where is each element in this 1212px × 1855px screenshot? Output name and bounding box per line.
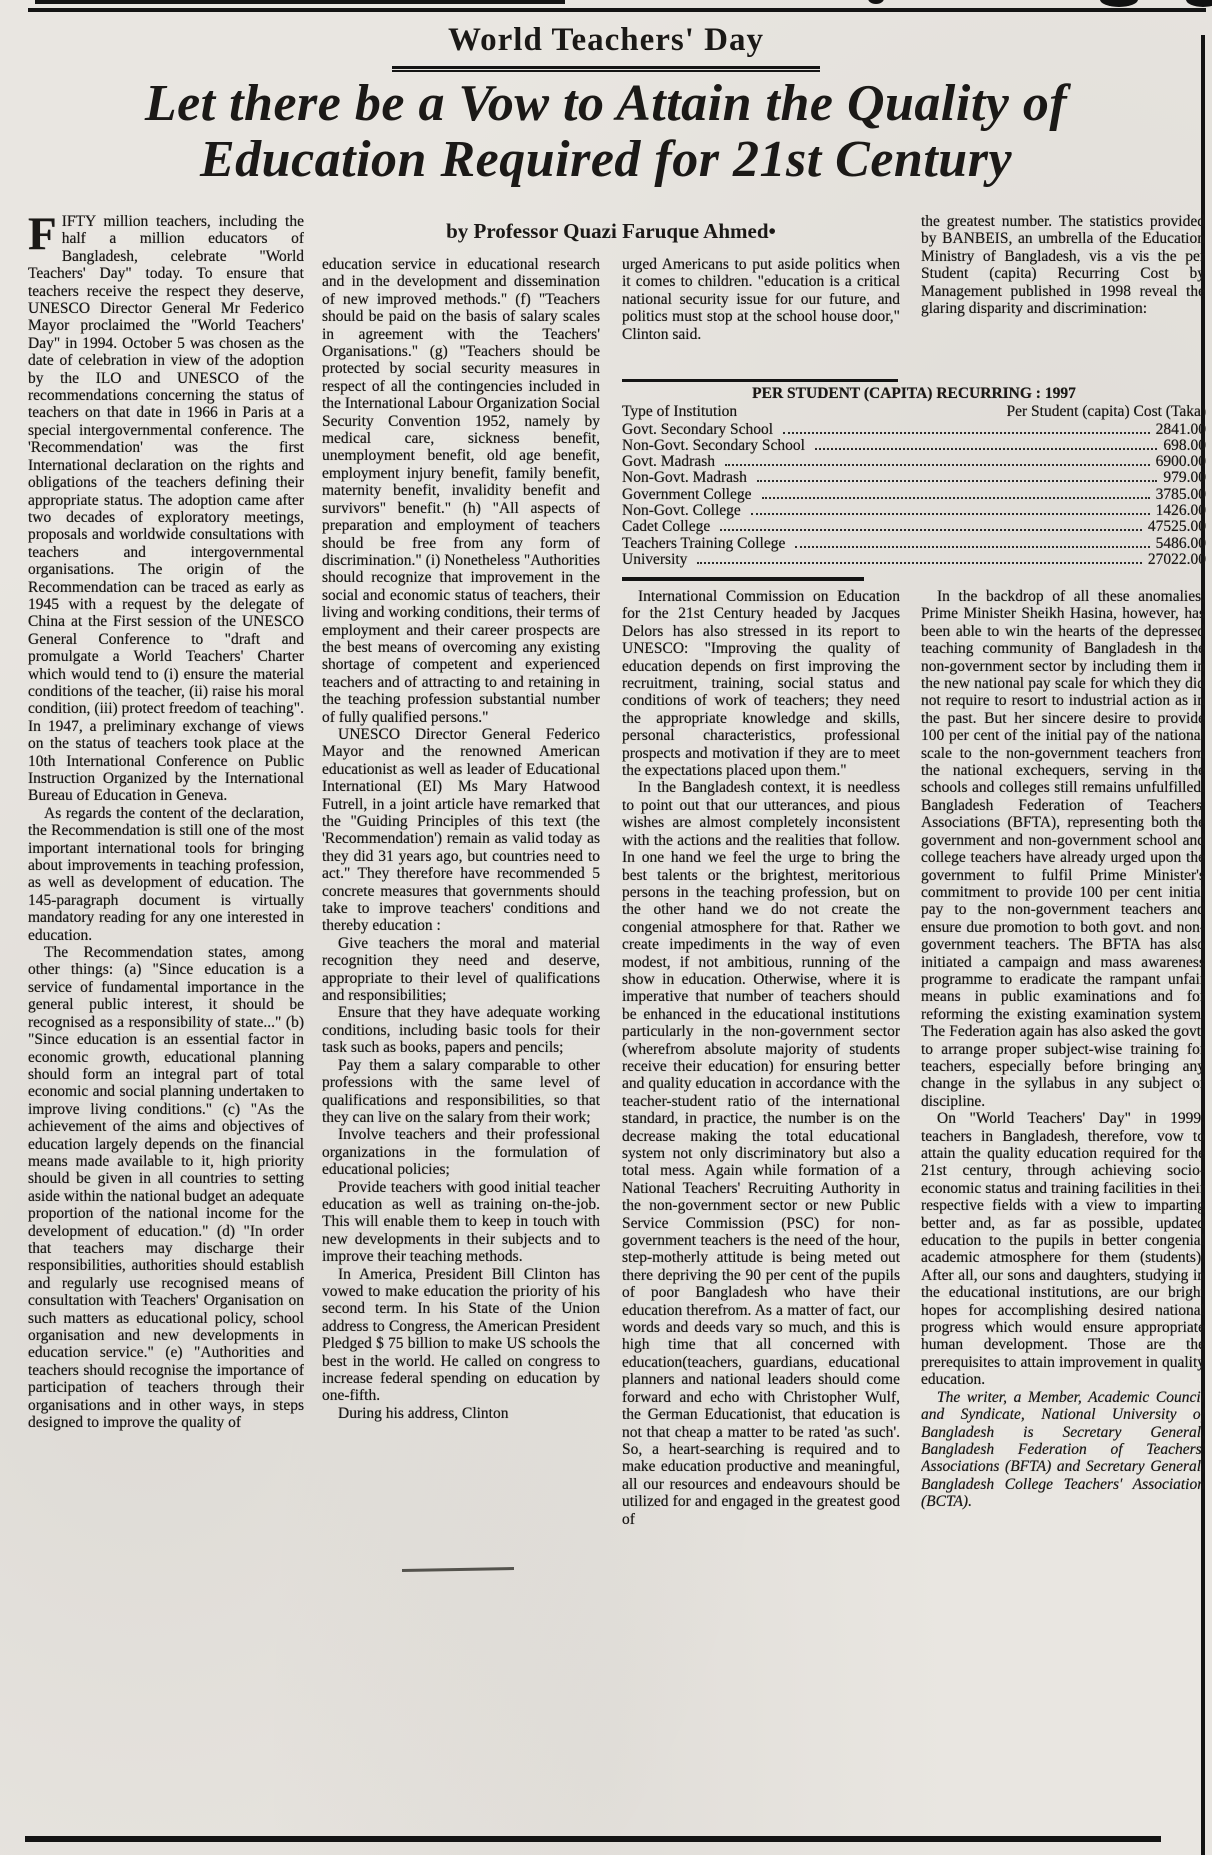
column-3-top: urged Americans to put aside politics wh… [622,256,900,380]
cost-value: 5486.00 [1156,536,1206,552]
table-header-right: Per Student (capita) Cost (Taka) [1007,404,1207,420]
paragraph: On "World Teachers' Day" in 1999, teache… [921,1110,1205,1389]
table-row: Non-Govt. College1426.00 [622,503,1206,519]
column-3-bottom: International Commission on Education fo… [622,588,900,1834]
dot-leader [757,480,1158,482]
paragraph: education service in educational researc… [322,256,600,726]
newspaper-page: { "colors": { "paper": "#e9e6e1", "ink":… [0,0,1212,1855]
table-row: Cadet College47525.00 [622,519,1206,535]
table-row: Non-Govt. Madrash979.00 [622,470,1206,486]
paragraph: During his address, Clinton [322,1405,600,1422]
per-student-cost-table: PER STUDENT (CAPITA) RECURRING : 1997 Ty… [622,386,1206,568]
column-4-bottom: In the backdrop of all these anomalies, … [921,588,1205,1834]
column-1: FIFTY million teachers, including the ha… [28,213,304,1833]
paragraph: In the backdrop of all these anomalies, … [921,588,1205,1110]
dot-leader [725,464,1150,466]
paragraph: Ensure that they have adequate working c… [322,1004,600,1056]
institution: Non-Govt. College [622,503,741,519]
dot-leader [751,513,1150,515]
table-title: PER STUDENT (CAPITA) RECURRING : 1997 [622,386,1206,402]
table-header-row: Type of Institution Per Student (capita)… [622,404,1206,420]
paragraph: As regards the content of the declaratio… [28,805,304,944]
torn-print-blob [1186,0,1212,7]
paragraph: In the Bangladesh context, it is needles… [622,779,900,1527]
paragraph: Pay them a salary comparable to other pr… [322,1057,600,1127]
table-row: University27022.00 [622,552,1206,568]
paragraph: Give teachers the moral and material rec… [322,935,600,1005]
cost-value: 2841.00 [1156,422,1206,438]
table-row: Govt. Secondary School2841.00 [622,422,1206,438]
top-rule-left [35,0,565,4]
column-4-top: the greatest number. The statistics prov… [921,213,1205,381]
paragraph: UNESCO Director General Federico Mayor a… [322,726,600,935]
bottom-rule [25,1836,1161,1842]
dot-leader [795,546,1149,548]
table-row: Teachers Training College5486.00 [622,536,1206,552]
institution: Teachers Training College [622,536,785,552]
cost-value: 698.00 [1163,438,1206,454]
cost-value: 3785.00 [1156,487,1206,503]
paragraph: International Commission on Education fo… [622,588,900,779]
cost-value: 27022.00 [1148,552,1206,568]
table-row: Non-Govt. Secondary School698.00 [622,438,1206,454]
institution: Govt. Madrash [622,454,715,470]
table-row: Govt. Madrash6900.00 [622,454,1206,470]
institution: Government College [622,487,752,503]
cost-value: 47525.00 [1148,519,1206,535]
kicker-title: World Teachers' Day [0,22,1212,59]
cost-value: 979.00 [1163,470,1206,486]
paragraph: The Recommendation states, among other t… [28,944,304,1431]
table-top-rule [622,379,898,382]
headline-line2: Education Required for 21st Century [0,132,1212,188]
kicker-underline [392,66,820,72]
institution: Cadet College [622,519,710,535]
paragraph: Involve teachers and their professional … [322,1126,600,1178]
cost-value: 1426.00 [1156,503,1206,519]
paragraph: Provide teachers with good initial teach… [322,1179,600,1266]
dot-leader [783,432,1150,434]
institution: Non-Govt. Secondary School [622,438,805,454]
table-header-left: Type of Institution [622,404,737,420]
writer-bio: The writer, a Member, Academic Council a… [921,1389,1205,1511]
torn-print-blob [1100,0,1138,7]
column-2: education service in educational researc… [322,256,600,1834]
dot-leader [697,562,1141,564]
paragraph: the greatest number. The statistics prov… [921,213,1205,317]
drop-cap: F [28,213,62,253]
dot-leader [762,497,1150,499]
cost-value: 6900.00 [1156,454,1206,470]
byline: by Professor Quazi Faruque Ahmed• [322,219,900,244]
top-rule-main [28,8,1206,12]
headline-line1: Let there be a Vow to Attain the Quality… [0,76,1212,132]
paragraph: FIFTY million teachers, including the ha… [28,213,304,805]
paragraph: In America, President Bill Clinton has v… [322,1266,600,1405]
dot-leader [720,529,1142,531]
table-row: Government College3785.00 [622,487,1206,503]
institution: University [622,552,687,568]
dot-leader [815,448,1157,450]
institution: Govt. Secondary School [622,422,773,438]
paragraph-text: IFTY million teachers, including the hal… [28,213,304,804]
table-bottom-rule [622,577,864,581]
institution: Non-Govt. Madrash [622,470,747,486]
headline: Let there be a Vow to Attain the Quality… [0,76,1212,188]
torn-print-blob [868,0,884,4]
paragraph: urged Americans to put aside politics wh… [622,256,900,343]
